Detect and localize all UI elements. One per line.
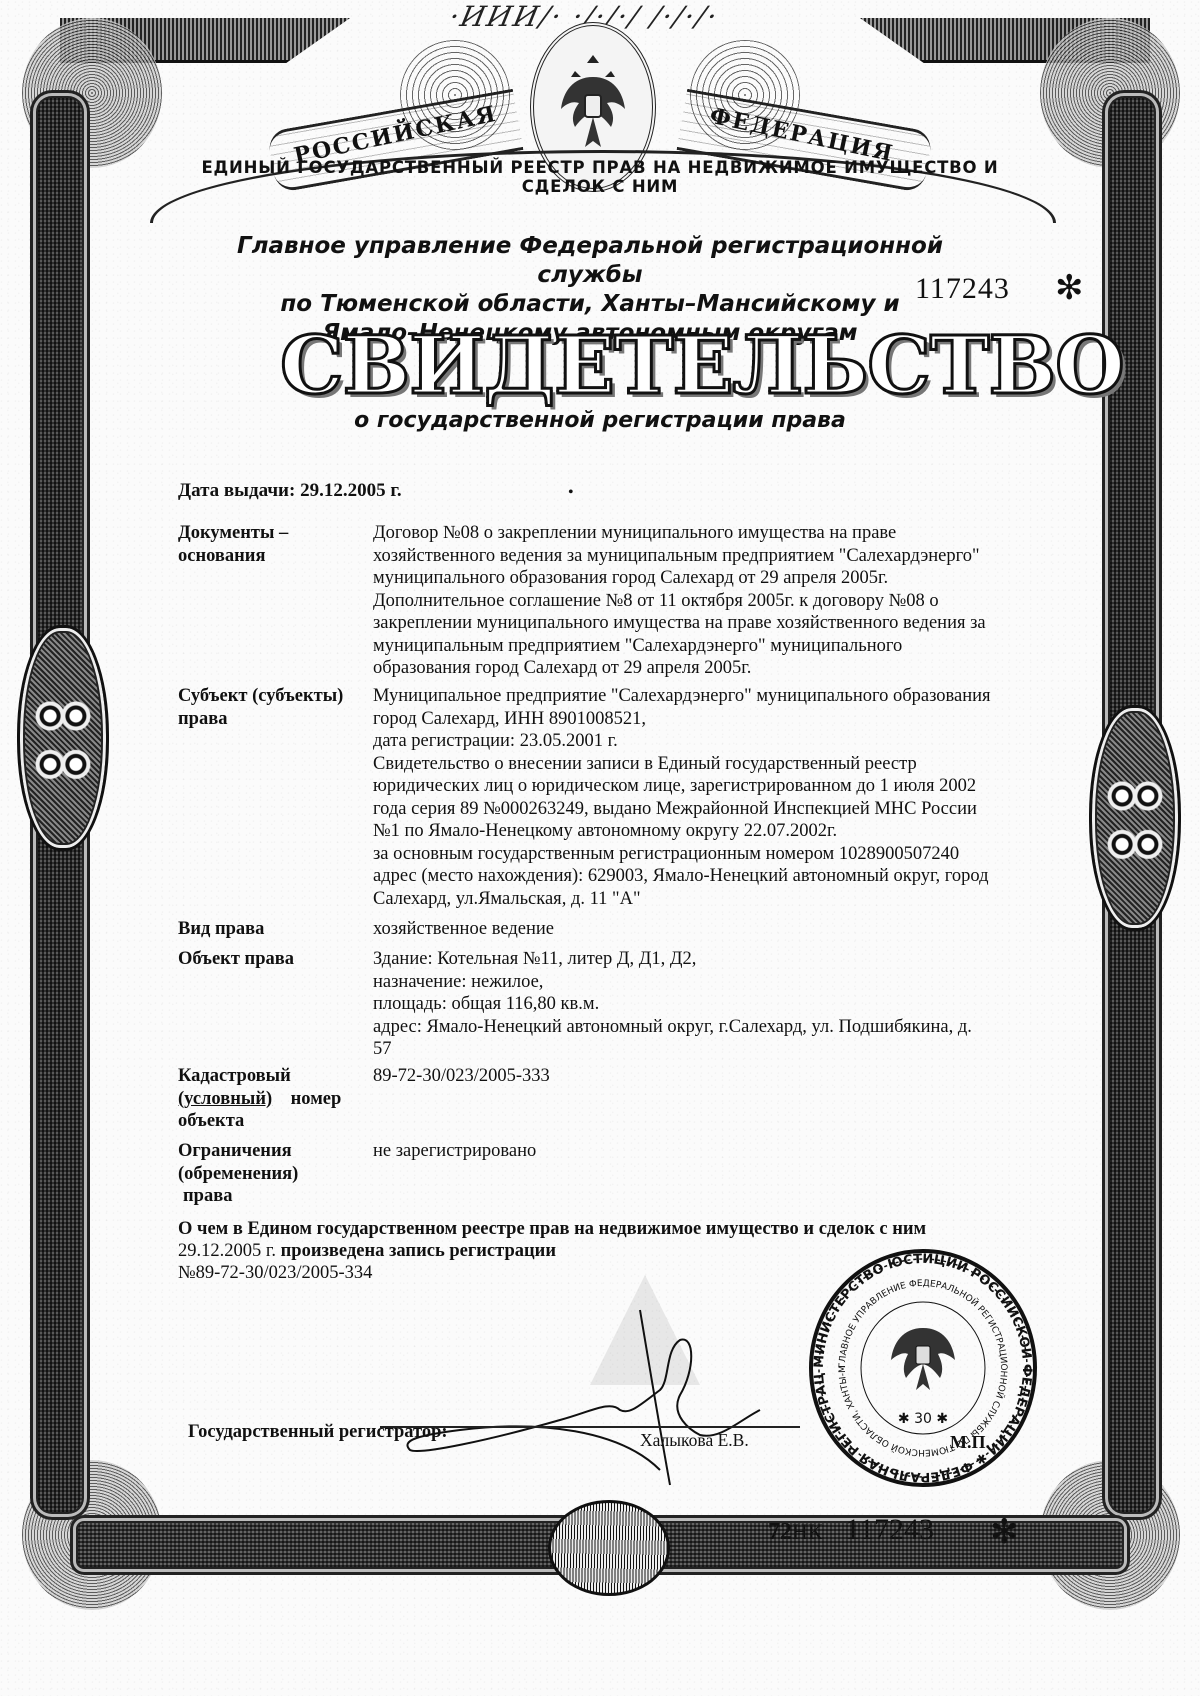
field-value: не зарегистрировано [373,1140,1048,1208]
field-object: Объект права Здание: Котельная №11, лите… [178,948,1048,1061]
field-value: хозяйственное ведение [373,918,1048,941]
official-seal-stamp: МИНИСТЕРСТВО ЮСТИЦИИ РОССИЙСКОЙ ФЕДЕРАЦИ… [808,1248,1038,1488]
field-label: Документы – основания [178,522,373,680]
field-value: Договор №08 о закреплении муниципального… [373,522,1048,680]
field-value: Муниципальное предприятие "Салехардэнерг… [373,685,1048,910]
serial-number: 117243 [845,1513,934,1546]
field-label: Кадастровый (условный) номер объекта [178,1065,373,1133]
bottom-guilloche-medallion [548,1500,670,1596]
field-right-type: Вид права хозяйственное ведение [178,918,1048,941]
registrar-name: Халыкова Е.В. [640,1430,749,1451]
field-label: Объект права [178,948,373,1061]
field-documents-basis: Документы – основания Договор №08 о закр… [178,522,1048,680]
field-encumbrances: Ограничения (обременения) права не зарег… [178,1140,1048,1208]
registrar-signature [340,1290,800,1490]
left-border-scroll-ornament [17,625,109,851]
field-value: 89-72-30/023/2005-333 [373,1065,1048,1133]
authority-line-1: Главное управление Федеральной регистрац… [210,232,970,290]
right-border-scroll-ornament [1089,705,1181,931]
certificate-page: ·ИИИ/· ·/·/·/ /·/·/· РОССИЙСКАЯ ФЕДЕРАЦИ… [0,0,1200,1696]
field-cadastral-number: Кадастровый (условный) номер объекта 89-… [178,1065,1048,1133]
authority-line-2: по Тюменской области, Ханты–Мансийскому … [210,290,970,319]
issue-date: Дата выдачи: 29.12.2005 г. [178,480,402,502]
registry-name-ribbon: ЕДИНЫЙ ГОСУДАРСТВЕННЫЙ РЕЕСТР ПРАВ НА НЕ… [160,158,1040,196]
document-title: СВИДЕТЕЛЬСТВО [280,320,920,410]
dot-mark: • [568,484,574,502]
serial-number-bottom: 72НК 117243 [768,1513,934,1547]
asterisk-icon: ✻ [990,1512,1019,1552]
field-label: Субъект (субъекты) права [178,685,373,910]
seal-place-mark: М.П. [950,1432,990,1453]
serial-region: 72 [768,1519,792,1545]
field-label: Вид права [178,918,373,941]
field-rights-holder: Субъект (субъекты) права Муниципальное п… [178,685,1048,910]
stamp-number: ✱ 30 ✱ [898,1411,948,1427]
serial-number-top: 117243 [915,272,1010,306]
serial-series: НК [792,1519,823,1544]
asterisk-icon: ✻ [1055,268,1084,308]
field-value: Здание: Котельная №11, литер Д, Д1, Д2, … [373,948,1048,1061]
registrar-label: Государственный регистратор: [188,1422,448,1443]
field-label: Ограничения (обременения) права [178,1140,373,1208]
eagle-icon [553,47,633,167]
document-subtitle: о государственной регистрации права [260,408,940,433]
